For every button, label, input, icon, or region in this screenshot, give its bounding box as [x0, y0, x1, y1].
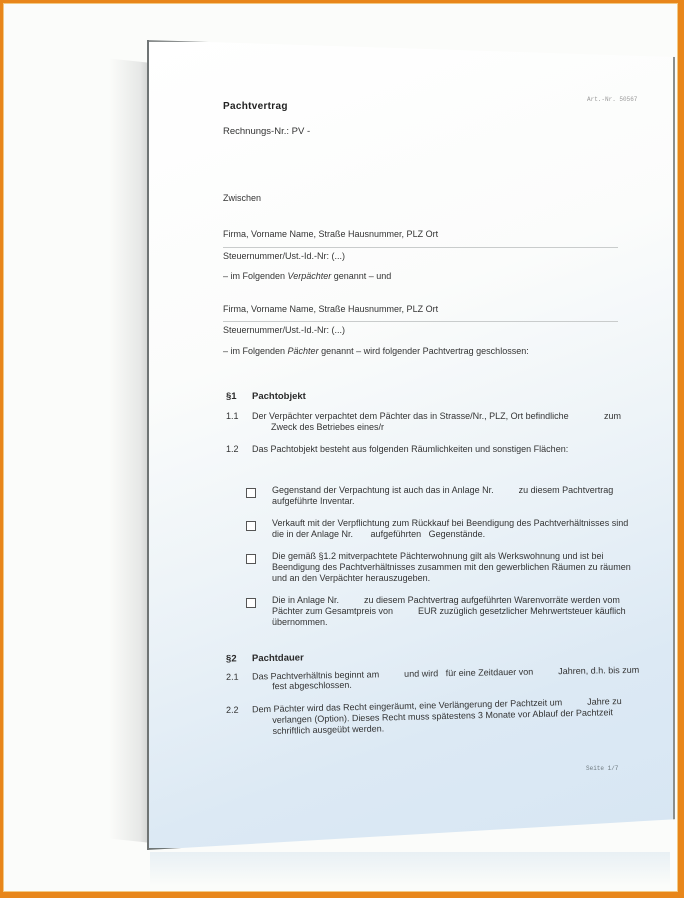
option-buyback-text: Verkauft mit der Verpflichtung zum Rückk… [272, 518, 628, 540]
party1-tax: Steuernummer/Ust.-Id.-Nr: (...) [223, 251, 345, 261]
page-edge-left [147, 40, 149, 850]
page-reflection [150, 852, 670, 886]
section2-heading: §2Pachtdauer [226, 652, 304, 664]
clause-1-2: 1.2Das Pachtobjekt besteht aus folgenden… [226, 444, 568, 454]
option-warenvorraete-text: Die in Anlage Nr. zu diesem Pachtvertrag… [272, 595, 626, 628]
party2-role: – im Folgenden Pächter genannt – wird fo… [223, 346, 529, 356]
party1-address: Firma, Vorname Name, Straße Hausnummer, … [223, 229, 438, 239]
option-inventory-text: Gegenstand der Verpachtung ist auch das … [272, 485, 613, 507]
page-number: Seite 1/7 [586, 765, 618, 772]
party2-address: Firma, Vorname Name, Straße Hausnummer, … [223, 304, 438, 314]
option-inventory-checkbox[interactable] [246, 488, 256, 498]
clause-1-1: 1.1Der Verpächter verpachtet dem Pächter… [226, 411, 621, 421]
option-werkswohnung-text: Die gemäß §1.2 mitverpachtete Pächterwoh… [272, 551, 631, 584]
party1-role: – im Folgenden Verpächter genannt – und [223, 271, 391, 281]
party2-tax: Steuernummer/Ust.-Id.-Nr: (...) [223, 325, 345, 335]
party1-address-line [223, 247, 618, 248]
option-buyback-checkbox[interactable] [246, 521, 256, 531]
document-title: Pachtvertrag [223, 101, 288, 112]
between-label: Zwischen [223, 193, 261, 203]
article-number: Art.-Nr. 50567 [587, 96, 637, 103]
party2-address-line [223, 321, 618, 322]
option-werkswohnung-checkbox[interactable] [246, 554, 256, 564]
section1-heading: §1Pachtobjekt [226, 391, 306, 402]
invoice-number: Rechnungs-Nr.: PV - [223, 126, 310, 137]
clause-1-1-line2: Zweck des Betriebes eines/r [271, 422, 384, 432]
option-warenvorraete-checkbox[interactable] [246, 598, 256, 608]
